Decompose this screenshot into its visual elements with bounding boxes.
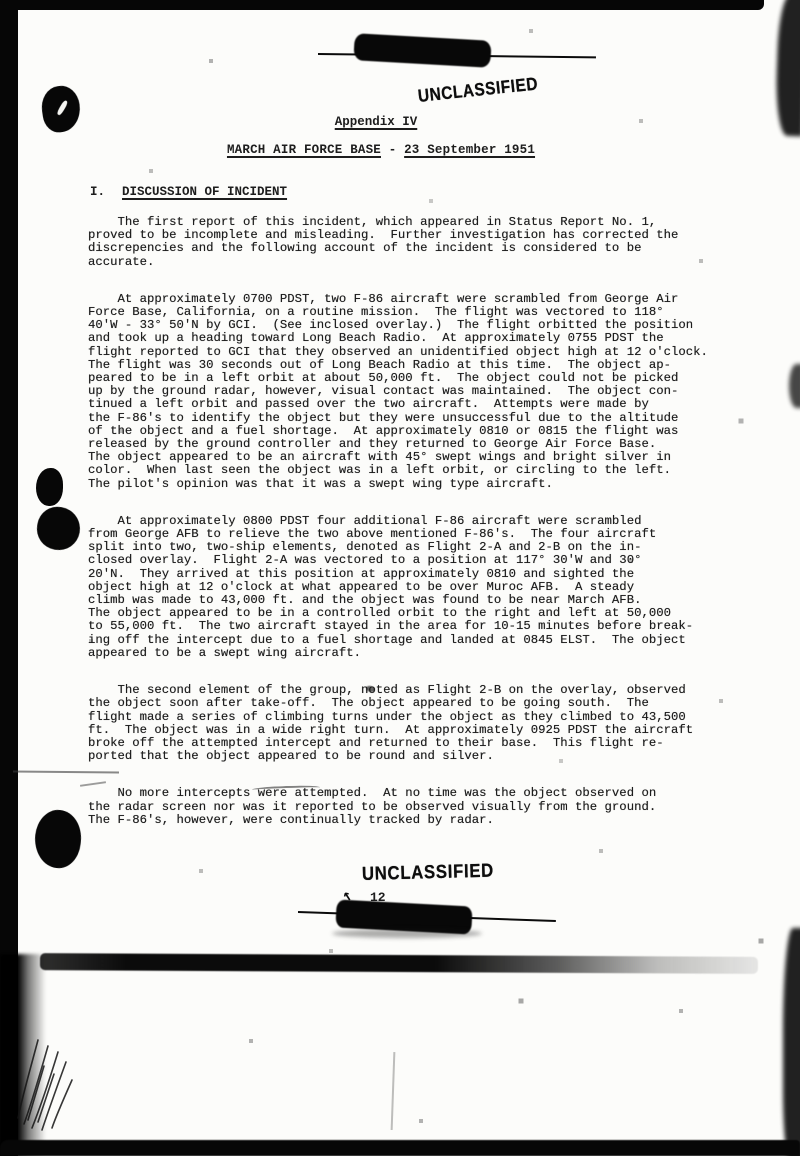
ink-blob <box>34 504 84 554</box>
document-body: The first report of this incident, which… <box>88 216 748 851</box>
appendix-title: Appendix IV <box>276 115 476 129</box>
classification-stamp-top: UNCLASSIFIED <box>417 73 539 106</box>
pen-scratches <box>8 1022 92 1138</box>
paragraph: At approximately 0800 PDST four addition… <box>88 515 748 660</box>
paragraph: No more intercepts were attempted. At no… <box>88 787 748 827</box>
redaction-smudge <box>332 929 482 938</box>
scan-edge-artifact-top-right <box>775 0 800 136</box>
scan-edge-artifact-mid-right <box>789 364 800 408</box>
scan-edge-artifact-bottom-right <box>783 928 800 1156</box>
ink-blob <box>32 808 84 870</box>
ink-blob <box>36 468 63 506</box>
margin-line-mark <box>13 771 119 774</box>
section-number: I. <box>90 185 105 199</box>
scan-noise-speckles <box>0 0 2 2</box>
classification-stamp-bottom: UNCLASSIFIED <box>362 861 495 886</box>
redaction-bar-top <box>353 33 491 68</box>
scan-scratch <box>391 1052 395 1130</box>
ink-blob <box>39 84 83 135</box>
scanned-document-page: UNCLASSIFIED Appendix IV MARCH AIR FORCE… <box>0 0 800 1156</box>
document-title-base: MARCH AIR FORCE BASE <box>227 143 381 157</box>
ink-blob-highlight <box>56 100 68 116</box>
scan-border-top <box>12 0 764 10</box>
document-title-separator: - <box>389 143 397 157</box>
scan-border-bottom <box>0 1140 800 1156</box>
section-heading: I. DISCUSSION OF INCIDENT <box>90 185 287 199</box>
section-heading-text: DISCUSSION OF INCIDENT <box>122 185 287 199</box>
paragraph: The second element of the group, noted a… <box>88 684 748 763</box>
document-title: MARCH AIR FORCE BASE - 23 September 1951 <box>0 143 762 157</box>
document-title-date: 23 September 1951 <box>404 143 535 157</box>
paragraph: At approximately 0700 PDST, two F-86 air… <box>88 293 748 491</box>
torn-page-edge <box>40 953 758 974</box>
paragraph: The first report of this incident, which… <box>88 216 748 269</box>
